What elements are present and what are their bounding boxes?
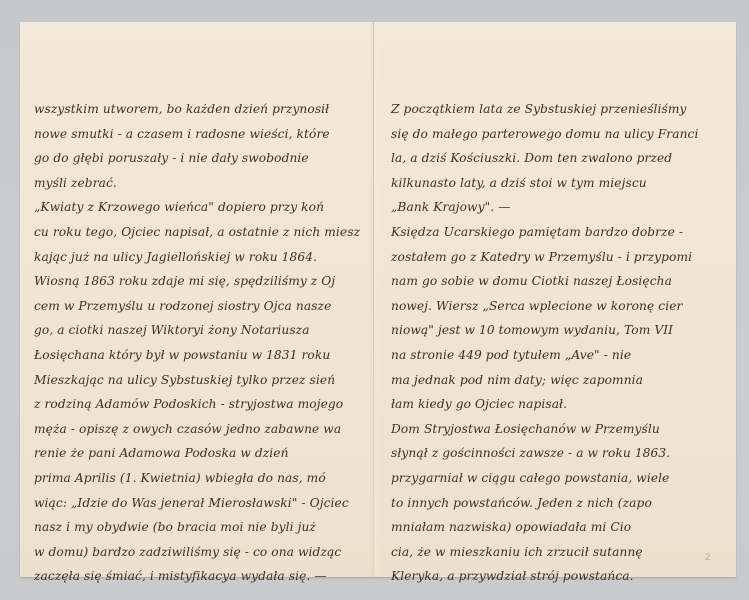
text-line: to innych powstańców. Jeden z nich (zapo	[391, 491, 721, 516]
text-line: mniałam nazwiska) opowiadała mi Cio	[391, 515, 721, 540]
text-line: na stronie 449 pod tytułem „Ave" - nie	[391, 343, 721, 368]
text-line: ma jednak pod nim daty; więc zapomnia	[391, 368, 721, 393]
text-line: nowe smutki - a czasem i radosne wieści,…	[34, 122, 360, 147]
text-line: nowej. Wiersz „Serca wplecione w koronę …	[391, 294, 721, 319]
text-line: Księdza Ucarskiego pamiętam bardzo dobrz…	[391, 220, 721, 245]
text-line: Wiosną 1863 roku zdaje mi się, spędziliś…	[34, 269, 360, 294]
text-line: Dom Stryjostwa Łosięchanów w Przemyślu	[391, 417, 721, 442]
text-line: go do głębi poruszały - i nie dały swobo…	[34, 146, 360, 171]
text-line: „Bank Krajowy". —	[391, 195, 721, 220]
text-line: cem w Przemyślu u rodzonej siostry Ojca …	[34, 294, 360, 319]
text-line: kilkunasto laty, a dziś stoi w tym miejs…	[391, 171, 721, 196]
text-line: w domu) bardzo zadziwiliśmy się - co ona…	[34, 540, 360, 565]
text-line: Łosięchana który był w powstaniu w 1831 …	[34, 343, 360, 368]
text-line: przygarniał w ciągu całego powstania, wi…	[391, 466, 721, 491]
text-line: la, a dziś Kościuszki. Dom ten zwalono p…	[391, 146, 721, 171]
text-line: łam kiedy go Ojciec napisał.	[391, 392, 721, 417]
text-line: męża - opiszę z owych czasów jedno zabaw…	[34, 417, 360, 442]
text-line: nam go sobie w domu Ciotki naszej Łosięc…	[391, 269, 721, 294]
text-line: renie że pani Adamowa Podoska w dzień	[34, 441, 360, 466]
text-line: cia, że w mieszkaniu ich zrzucił sutannę	[391, 540, 721, 565]
text-line: wszystkim utworem, bo każden dzień przyn…	[34, 97, 360, 122]
left-page: wszystkim utworem, bo każden dzień przyn…	[34, 97, 360, 589]
text-line: nasz i my obydwie (bo bracia moi nie byl…	[34, 515, 360, 540]
text-line: Mieszkając na ulicy Sybstuskiej tylko pr…	[34, 368, 360, 393]
text-line: zaczęła się śmiać, i mistyfikacya wydała…	[34, 564, 360, 589]
text-line: wiąc: „Idzie do Was jenerał Mierosławski…	[34, 491, 360, 516]
text-line: prima Aprilis (1. Kwietnia) wbiegła do n…	[34, 466, 360, 491]
text-line: z rodziną Adamów Podoskich - stryjostwa …	[34, 392, 360, 417]
text-line: myśli zebrać.	[34, 171, 360, 196]
text-line: „Kwiaty z Krzowego wieńca" dopiero przy …	[34, 195, 360, 220]
text-line: niową" jest w 10 tomowym wydaniu, Tom VI…	[391, 318, 721, 343]
text-line: zostałem go z Katedry w Przemyślu - i pr…	[391, 245, 721, 270]
text-line: się do małego parterowego domu na ulicy …	[391, 122, 721, 147]
text-line: cu roku tego, Ojciec napisał, a ostatnie…	[34, 220, 360, 245]
text-line: Kleryka, a przywdział strój powstańca.	[391, 564, 721, 589]
text-line: Z początkiem lata ze Sybstuskiej przenie…	[391, 97, 721, 122]
page-number: 2	[705, 553, 711, 563]
text-line: go, a ciotki naszej Wiktoryi żony Notari…	[34, 318, 360, 343]
text-line: kając już na ulicy Jagiellońskiej w roku…	[34, 245, 360, 270]
fold-shadow	[368, 22, 380, 577]
text-line: słynął z gościnności zawsze - a w roku 1…	[391, 441, 721, 466]
center-fold-line	[373, 22, 374, 577]
right-page: Z początkiem lata ze Sybstuskiej przenie…	[391, 97, 721, 589]
